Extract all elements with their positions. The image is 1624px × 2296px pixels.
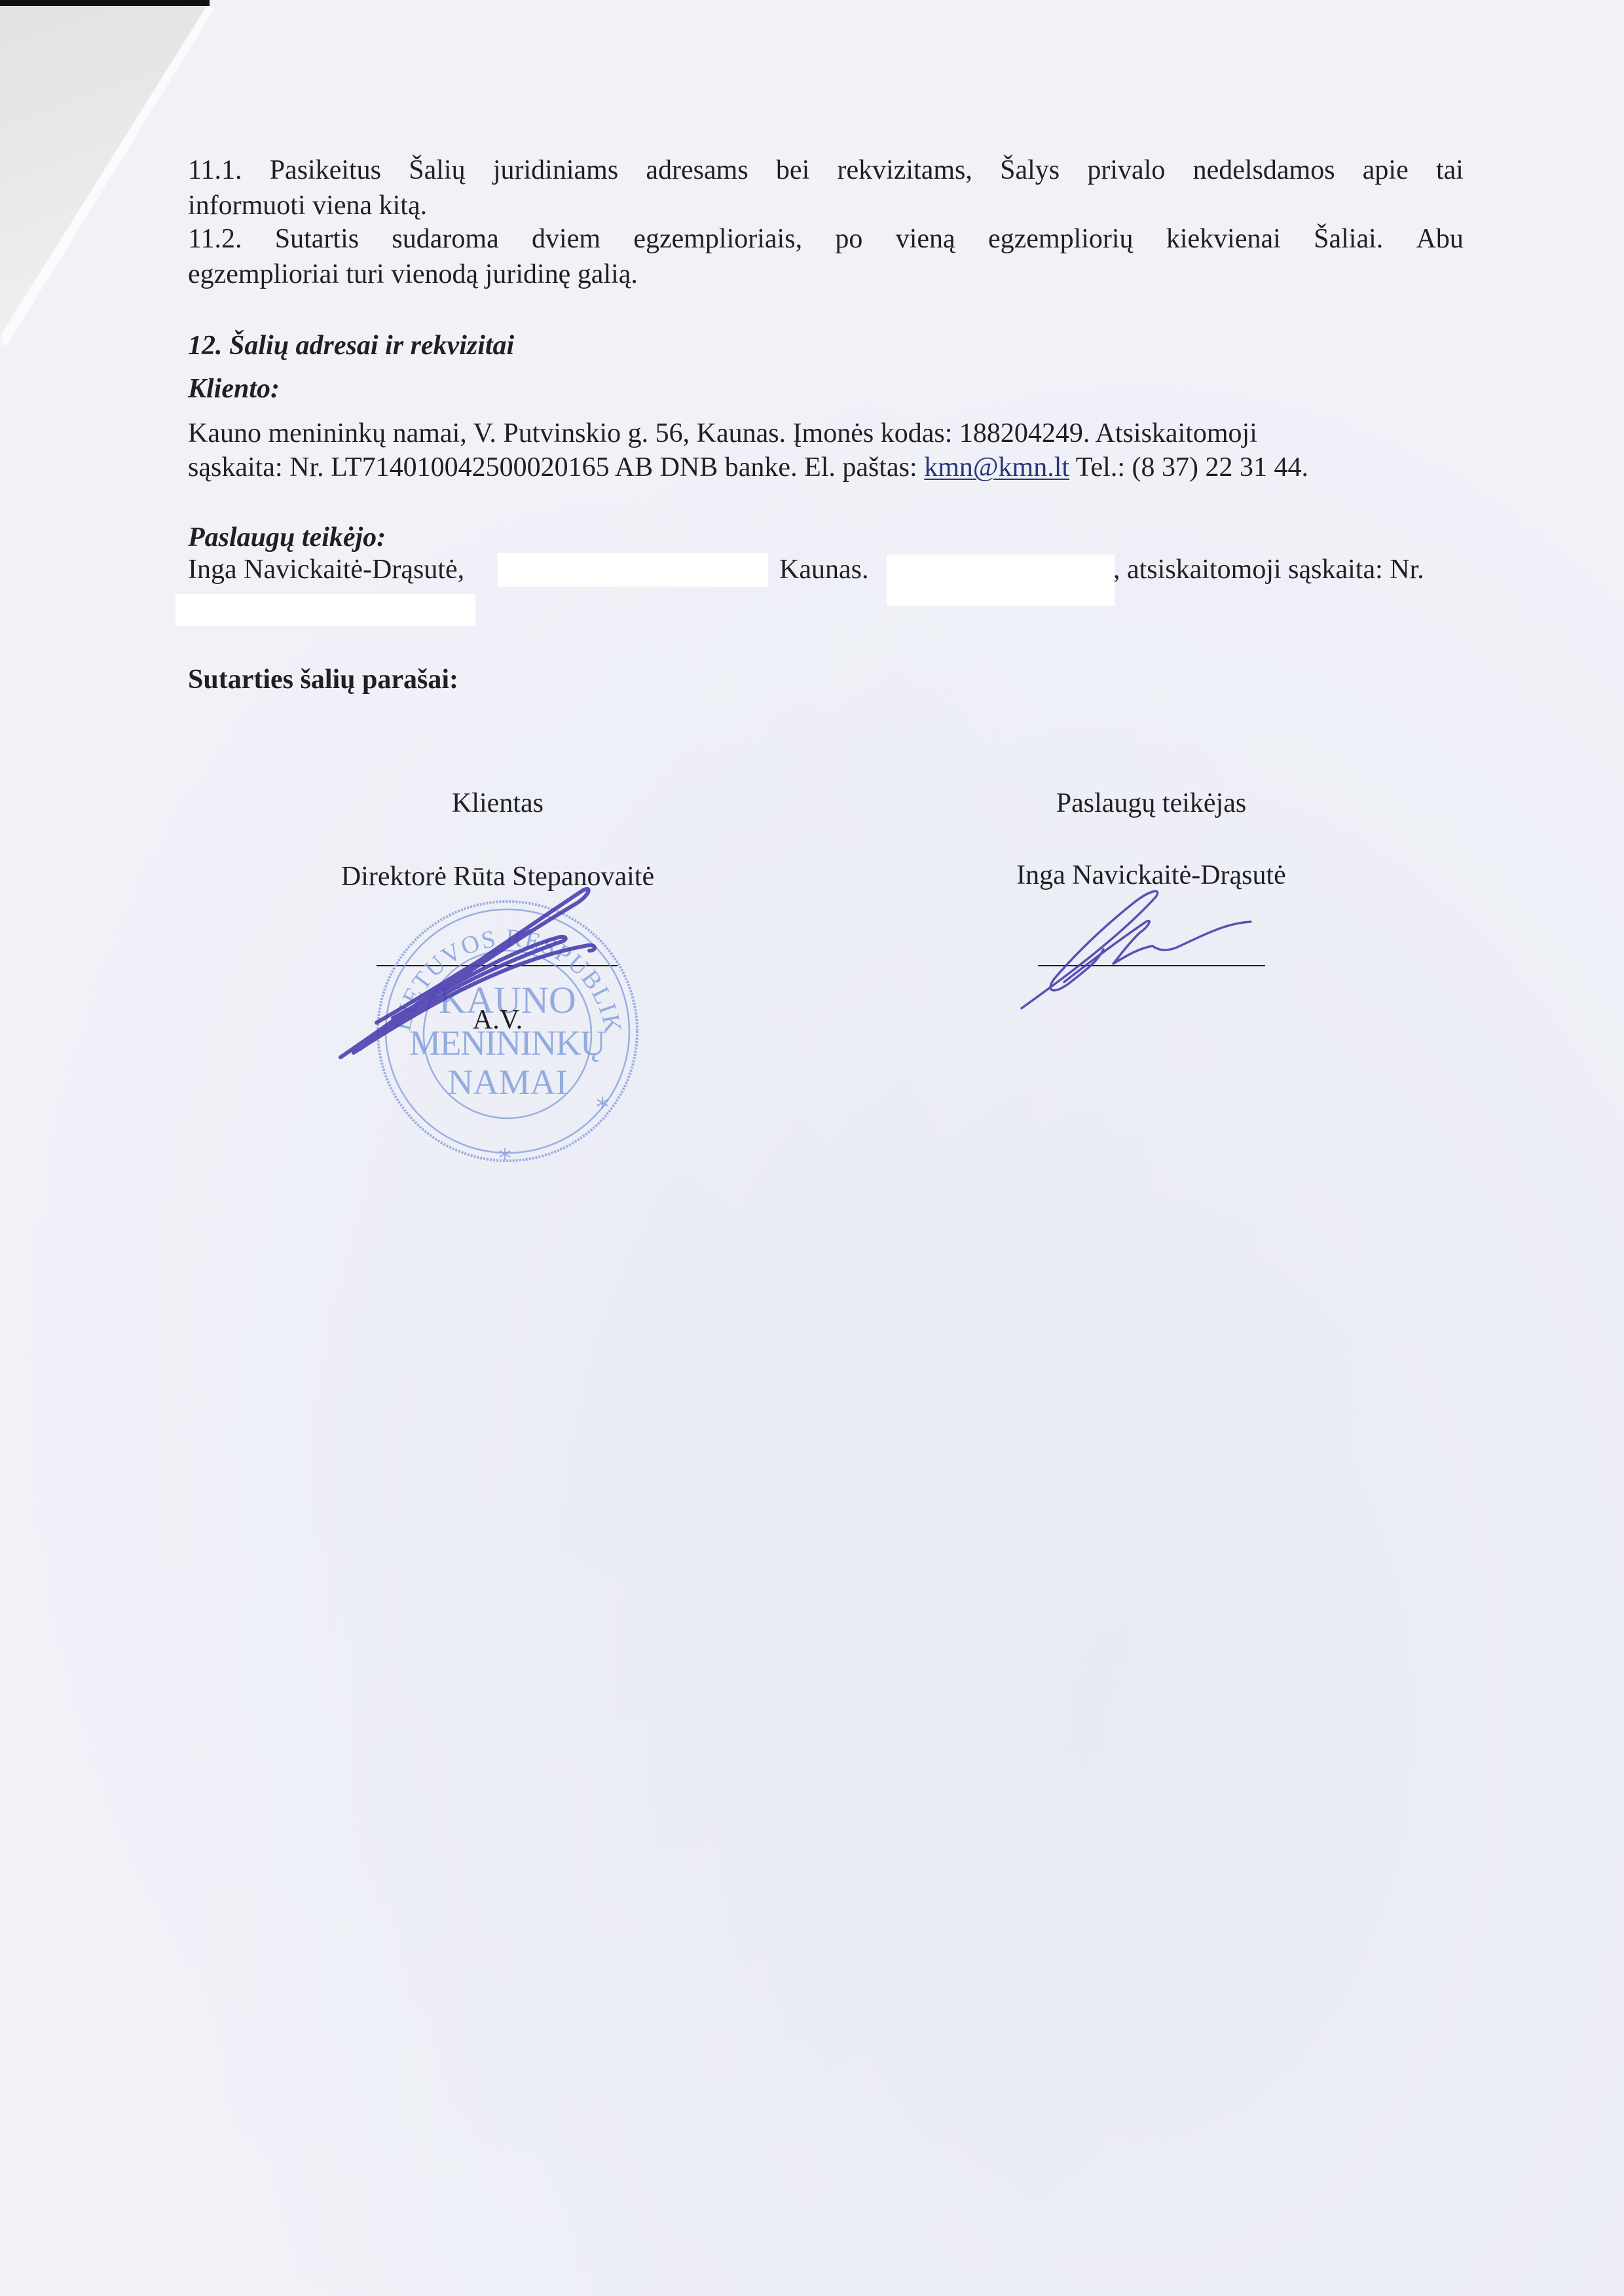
word: Abu bbox=[1416, 225, 1464, 253]
provider-city: Kaunas. bbox=[779, 556, 868, 583]
word: juridiniams bbox=[493, 156, 618, 184]
word: nedelsdamos bbox=[1193, 156, 1335, 184]
word: Sutartis bbox=[275, 225, 359, 253]
client-email-link[interactable]: kmn@kmn.lt bbox=[924, 452, 1069, 483]
word: vieną bbox=[896, 225, 955, 253]
word: Šalys bbox=[1000, 156, 1060, 184]
clause-11-1-line-1: 11.1. Pasikeitus Šalių juridiniams adres… bbox=[188, 156, 1464, 184]
client-account-text: sąskaita: Nr. LT714010042500020165 AB DN… bbox=[188, 452, 924, 483]
scanner-edge bbox=[0, 0, 210, 6]
client-signature bbox=[314, 877, 616, 1074]
word: Pasikeitus bbox=[270, 156, 381, 184]
word: bei bbox=[776, 156, 809, 184]
provider-signature bbox=[1015, 884, 1290, 1015]
word: po bbox=[835, 225, 862, 253]
word: kiekvienai bbox=[1166, 225, 1281, 253]
client-phone-text: Tel.: (8 37) 22 31 44. bbox=[1069, 452, 1308, 483]
clause-11-1-line-2: informuoti viena kitą. bbox=[188, 192, 427, 219]
provider-label: Paslaugų teikėjo: bbox=[188, 524, 386, 551]
word: rekvizitams, bbox=[837, 156, 972, 184]
word: sudaroma bbox=[392, 225, 498, 253]
word: dviem bbox=[532, 225, 600, 253]
word: Šalių bbox=[409, 156, 465, 184]
word: tai bbox=[1436, 156, 1464, 184]
provider-role: Paslaugų teikėjas bbox=[1020, 790, 1282, 817]
section-heading: 12. Šalių adresai ir rekvizitai bbox=[188, 332, 514, 359]
redaction-box-address bbox=[498, 553, 768, 587]
provider-name: Inga Navickaitė-Drąsutė, bbox=[188, 556, 464, 583]
word: adresams bbox=[646, 156, 748, 184]
provider-account-text: , atsiskaitomoji sąskaita: Nr. bbox=[1113, 556, 1424, 583]
word: privalo bbox=[1087, 156, 1165, 184]
word: egzempliorių bbox=[988, 225, 1134, 253]
client-label: Kliento: bbox=[188, 375, 280, 403]
client-role: Klientas bbox=[367, 790, 629, 817]
word: Šaliai. bbox=[1314, 225, 1383, 253]
stamp-star-icon: * bbox=[498, 1144, 511, 1169]
stamp-star-icon: * bbox=[596, 1093, 609, 1123]
signatures-heading: Sutarties šalių parašai: bbox=[188, 666, 458, 693]
word: apie bbox=[1363, 156, 1409, 184]
word: 11.2. bbox=[188, 225, 242, 253]
word: egzemplioriais, bbox=[633, 225, 802, 253]
redaction-box-code bbox=[887, 555, 1115, 606]
clause-11-2-line-1: 11.2. Sutartis sudaroma dviem egzemplior… bbox=[188, 225, 1464, 253]
word: 11.1. bbox=[188, 156, 242, 184]
redaction-box-account bbox=[175, 594, 475, 626]
client-details-line-1: Kauno menininkų namai, V. Putvinskio g. … bbox=[188, 420, 1257, 447]
clause-11-2-line-2: egzemplioriai turi vienodą juridinę gali… bbox=[188, 261, 638, 288]
client-details-line-2: sąskaita: Nr. LT714010042500020165 AB DN… bbox=[188, 454, 1308, 481]
